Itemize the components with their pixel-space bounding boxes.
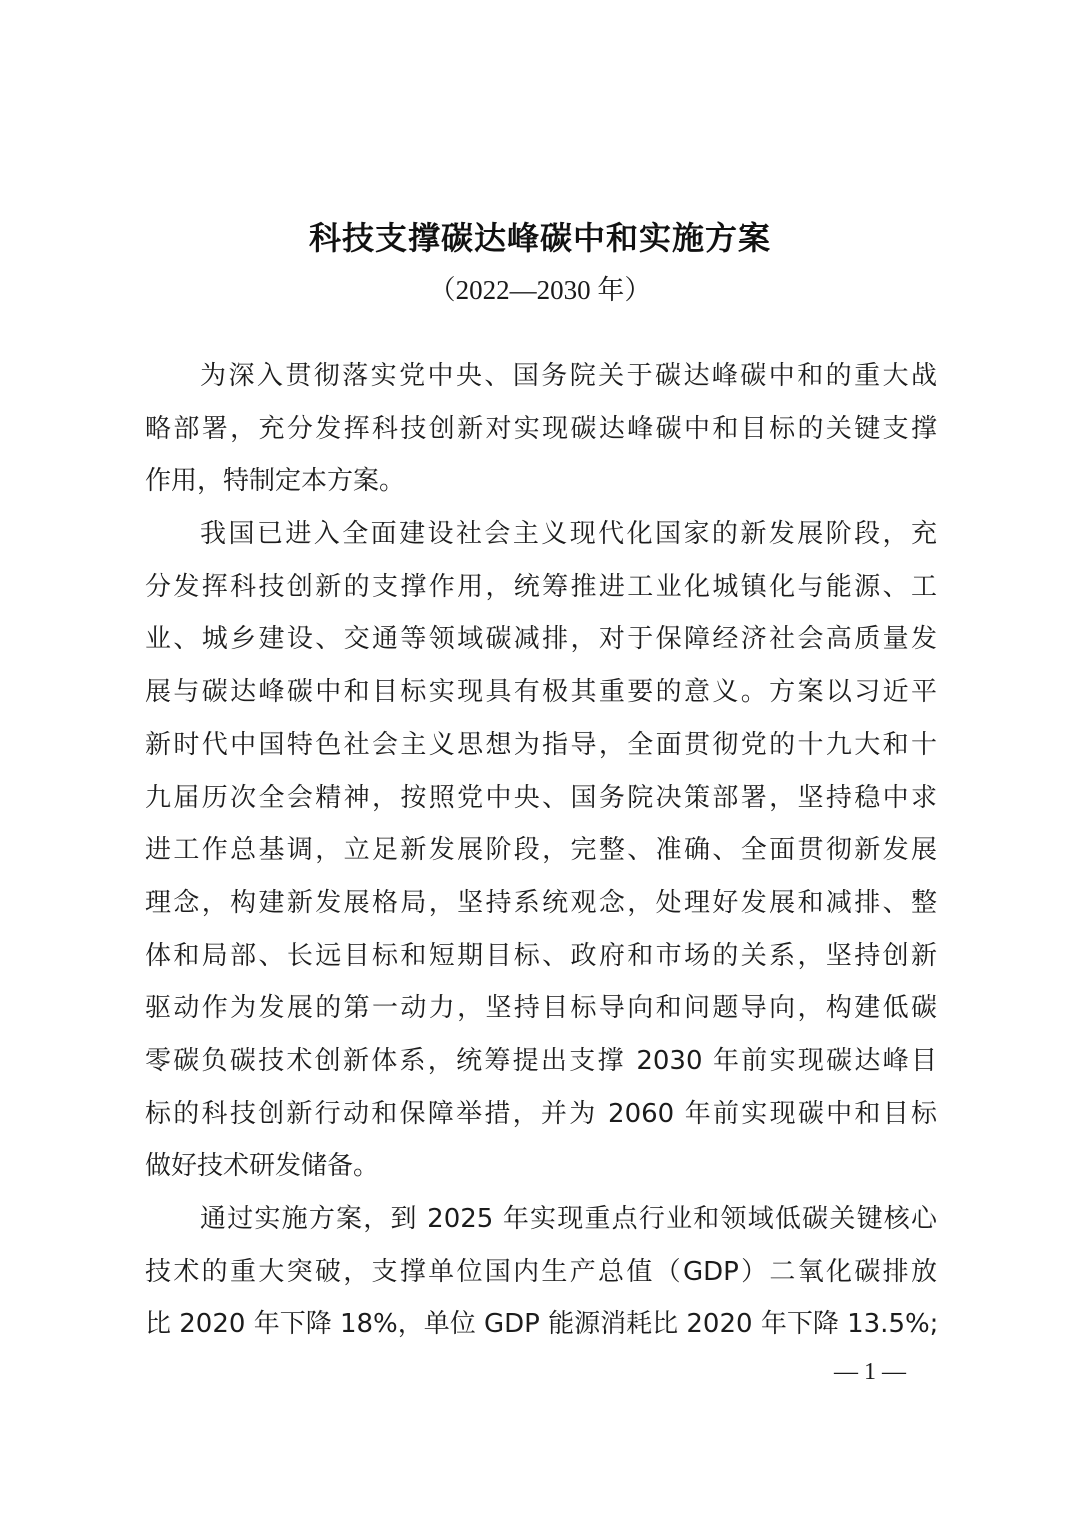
paragraph: 为深入贯彻落实党中央、国务院关于碳达峰碳中和的重大战 略部署，充分发挥科技创新对… [145,350,937,508]
text-line: 新时代中国特色社会主义思想为指导，全面贯彻党的十九大和十 [145,719,937,772]
text-line: 理念，构建新发展格局，坚持系统观念，处理好发展和减排、整 [145,877,937,930]
text-line: 进工作总基调，立足新发展阶段，完整、准确、全面贯彻新发展 [145,824,937,877]
text-line: 分发挥科技创新的支撑作用，统筹推进工业化城镇化与能源、工 [145,561,937,614]
document-body: 为深入贯彻落实党中央、国务院关于碳达峰碳中和的重大战 略部署，充分发挥科技创新对… [145,350,937,1351]
text-line: 通过实施方案，到 2025 年实现重点行业和领域低碳关键核心 [145,1193,937,1246]
text-line: 展与碳达峰碳中和目标实现具有极其重要的意义。方案以习近平 [145,666,937,719]
page-number: — 1 — [800,1354,940,1390]
text-line: 标的科技创新行动和保障举措，并为 2060 年前实现碳中和目标 [145,1088,937,1141]
text-line: 体和局部、长远目标和短期目标、政府和市场的关系，坚持创新 [145,930,937,983]
text-line: 九届历次全会精神，按照党中央、国务院决策部署，坚持稳中求 [145,772,937,825]
paragraph: 通过实施方案，到 2025 年实现重点行业和领域低碳关键核心 技术的重大突破，支… [145,1193,937,1351]
text-line: 驱动作为发展的第一动力，坚持目标导向和问题导向，构建低碳 [145,982,937,1035]
paragraph: 我国已进入全面建设社会主义现代化国家的新发展阶段，充 分发挥科技创新的支撑作用，… [145,508,937,1193]
document-subtitle: （2022—2030 年） [0,270,1080,310]
text-line: 零碳负碳技术创新体系，统筹提出支撑 2030 年前实现碳达峰目 [145,1035,937,1088]
text-line: 做好技术研发储备。 [145,1140,937,1193]
text-line: 略部署，充分发挥科技创新对实现碳达峰碳中和目标的关键支撑 [145,403,937,456]
text-line: 业、城乡建设、交通等领域碳减排，对于保障经济社会高质量发 [145,613,937,666]
text-line: 比 2020 年下降 18%，单位 GDP 能源消耗比 2020 年下降 13.… [145,1298,937,1351]
document-page: 科技支撑碳达峰碳中和实施方案 （2022—2030 年） 为深入贯彻落实党中央、… [0,0,1080,1527]
text-line: 技术的重大突破，支撑单位国内生产总值（GDP）二氧化碳排放 [145,1246,937,1299]
text-line: 我国已进入全面建设社会主义现代化国家的新发展阶段，充 [145,508,937,561]
text-line: 作用，特制定本方案。 [145,455,937,508]
document-title: 科技支撑碳达峰碳中和实施方案 [0,214,1080,262]
text-line: 为深入贯彻落实党中央、国务院关于碳达峰碳中和的重大战 [145,350,937,403]
